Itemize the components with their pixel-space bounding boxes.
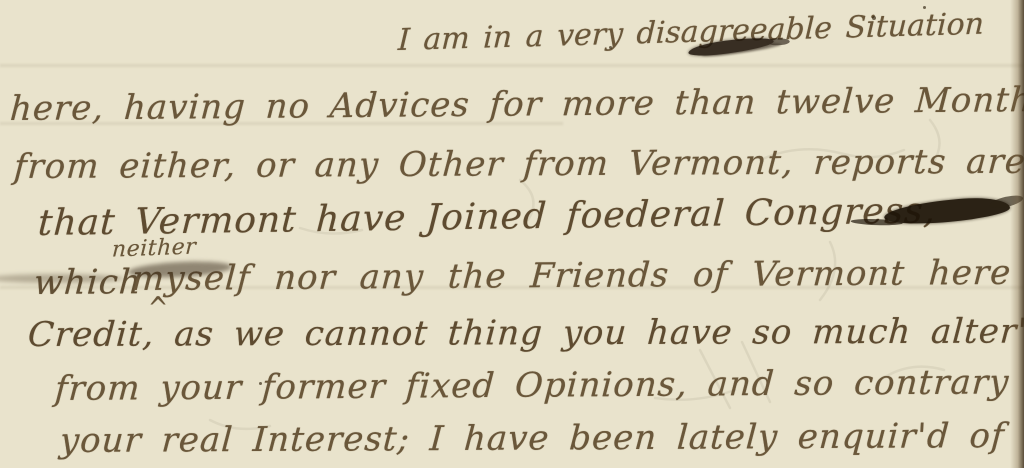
- manuscript-line-7: from your former fixed Opinions, and so …: [54, 365, 1024, 406]
- manuscript-line-5-rest: myself nor any the Friends of Vermont he…: [131, 256, 1012, 296]
- manuscript-line-2: here, having no Advices for more than tw…: [9, 83, 1024, 126]
- manuscript-line-3: from either, or any Other from Vermont, …: [13, 145, 1024, 184]
- page-edge-shadow: [1010, 0, 1024, 468]
- ink-speck: [923, 6, 926, 9]
- manuscript-line-6: Credit, as we cannot thing you have so m…: [27, 314, 1024, 352]
- ink-speck: [872, 16, 876, 20]
- paper-crease: [0, 64, 1024, 67]
- manuscript-line-8: your real Interest; I have been lately e…: [59, 419, 1006, 458]
- manuscript-page: I am in a very disagreeable Situation he…: [0, 0, 1024, 468]
- ink-speck: [609, 46, 612, 49]
- ink-speck: [259, 382, 262, 385]
